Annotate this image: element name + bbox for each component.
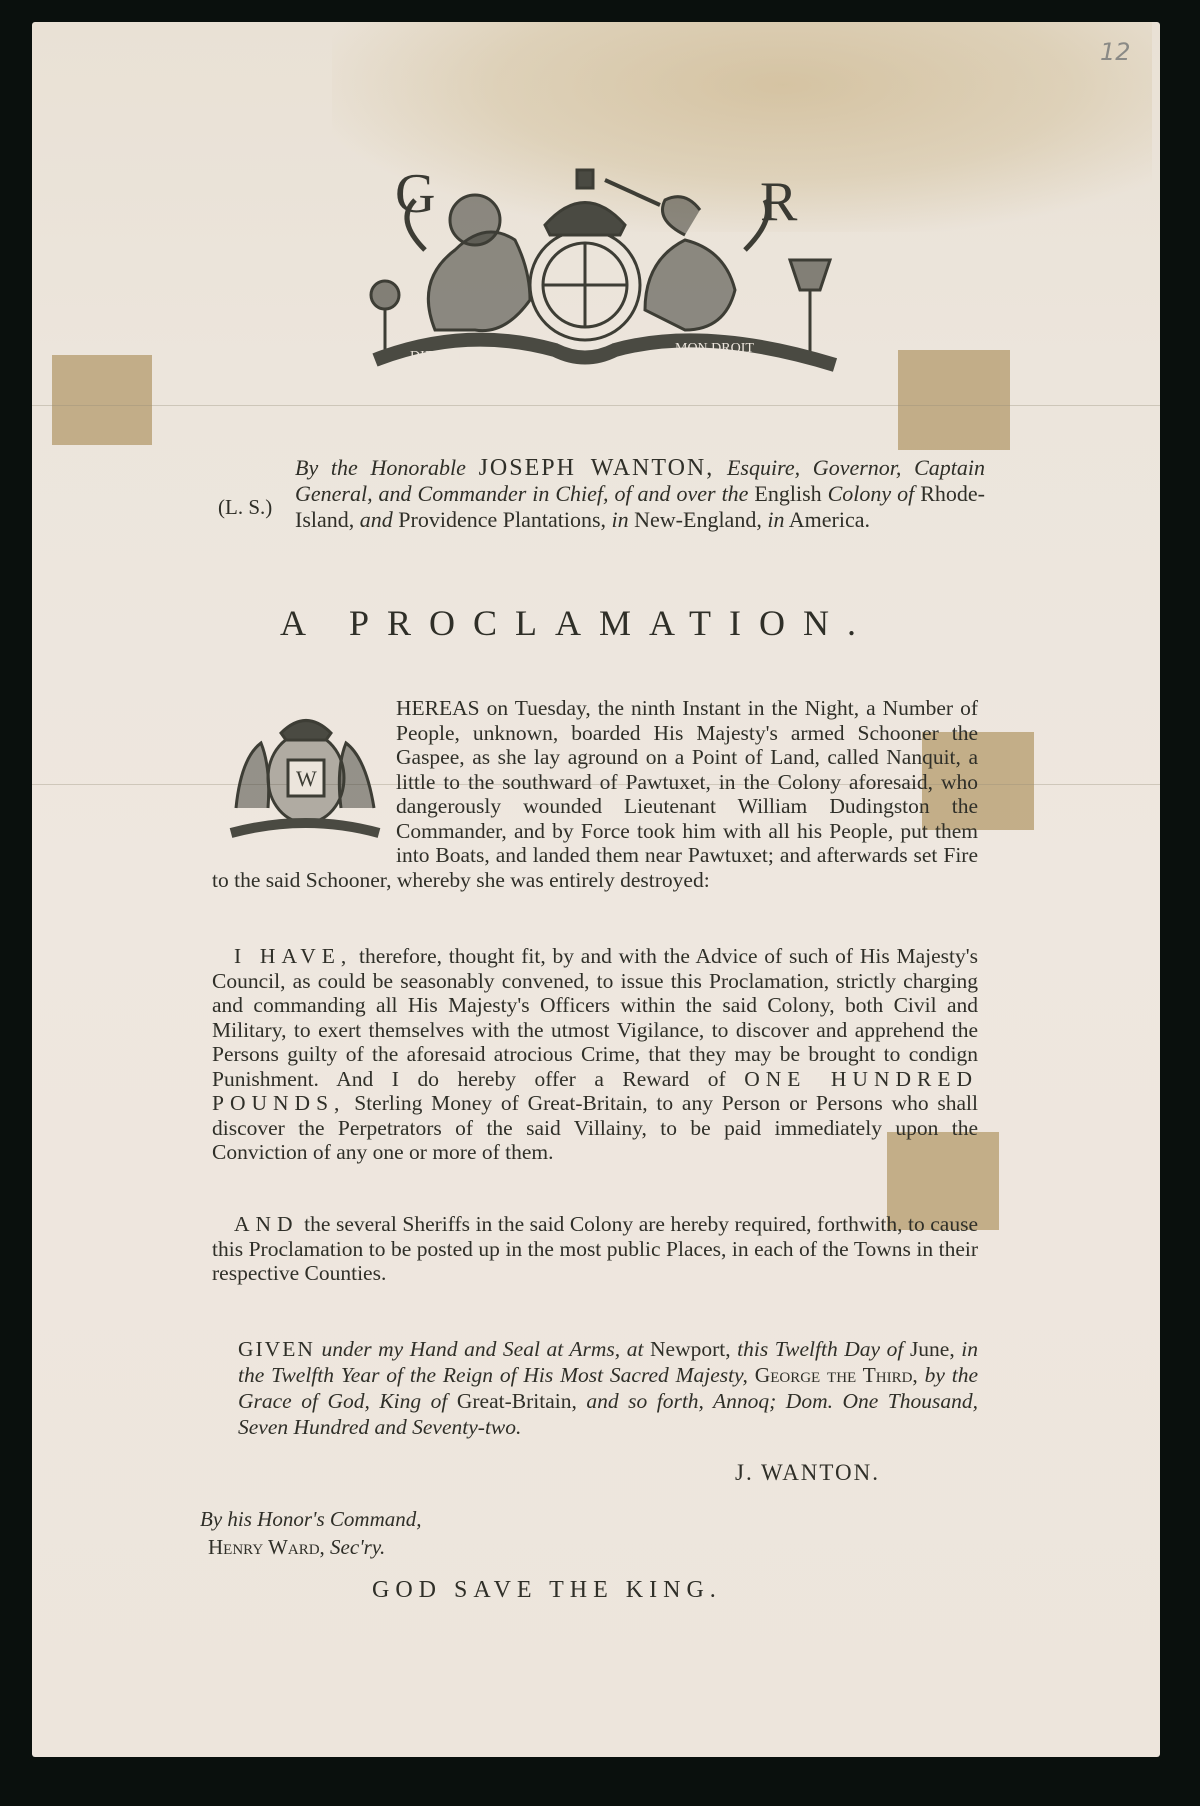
heading-english: English [754,481,821,506]
heading-new-england: New-England, [634,507,762,532]
given-text-2: this Twelfth Day of [737,1337,903,1361]
page-title: A PROCLAMATION. [280,602,874,644]
seal-mark: (L. S.) [218,495,272,520]
heading-colony-of: Colony of [828,481,915,506]
cipher-r: R [760,170,797,234]
svg-text:MON DROIT: MON DROIT [675,341,754,356]
given-text-1: under my Hand and Seal at Arms, at [321,1337,643,1361]
heading-america: America. [789,507,870,532]
secretary-name: Henry Ward, [208,1535,325,1559]
and-lead: AND [234,1212,299,1236]
given-lead: GIVEN [238,1337,315,1361]
given-great-britain: Great-Britain, [457,1389,577,1413]
heading-in: in [612,507,629,532]
given-newport: Newport, [650,1337,731,1361]
given-george: George the Third, [755,1363,918,1387]
sheriffs-paragraph: AND the several Sheriffs in the said Col… [212,1212,978,1286]
proclamation-heading: By the Honorable JOSEPH WANTON, Esquire,… [295,455,985,533]
i-have-lead: I HAVE, [234,944,352,968]
heading-by: By the Honorable [295,455,466,480]
command-attestation: By his Honor's Command, Henry Ward, Sec'… [200,1505,422,1561]
svg-text:DIEU ET: DIEU ET [410,349,464,364]
given-june: June, [910,1337,955,1361]
given-paragraph: GIVEN under my Hand and Seal at Arms, at… [238,1336,978,1440]
secretary-title: Sec'ry. [330,1535,385,1559]
fold-line [32,405,1160,406]
sheriffs-text: the several Sheriffs in the said Colony … [212,1212,978,1285]
i-have-paragraph: I HAVE, therefore, thought fit, by and w… [212,944,978,1165]
closing-line: GOD SAVE THE KING. [372,1577,722,1604]
governor-name: JOSEPH WANTON, [479,455,715,481]
governor-crest-icon: W [226,698,384,848]
whereas-paragraph: W HEREAS on Tuesday, the ninth Instant i… [212,696,978,892]
heading-and: and [360,507,393,532]
svg-text:W: W [296,766,317,791]
command-line: By his Honor's Command, [200,1507,422,1531]
heading-providence: Providence Plantations, [398,507,606,532]
signature: J. WANTON. [735,1460,880,1486]
cipher-g: G [395,162,435,226]
page-number-annotation: 12 [1100,38,1131,66]
royal-coat-of-arms: G R DIEU ET [355,160,855,390]
heading-in2: in [767,507,784,532]
tape-stain-right-top [898,350,1010,450]
tape-stain-left [52,355,152,445]
